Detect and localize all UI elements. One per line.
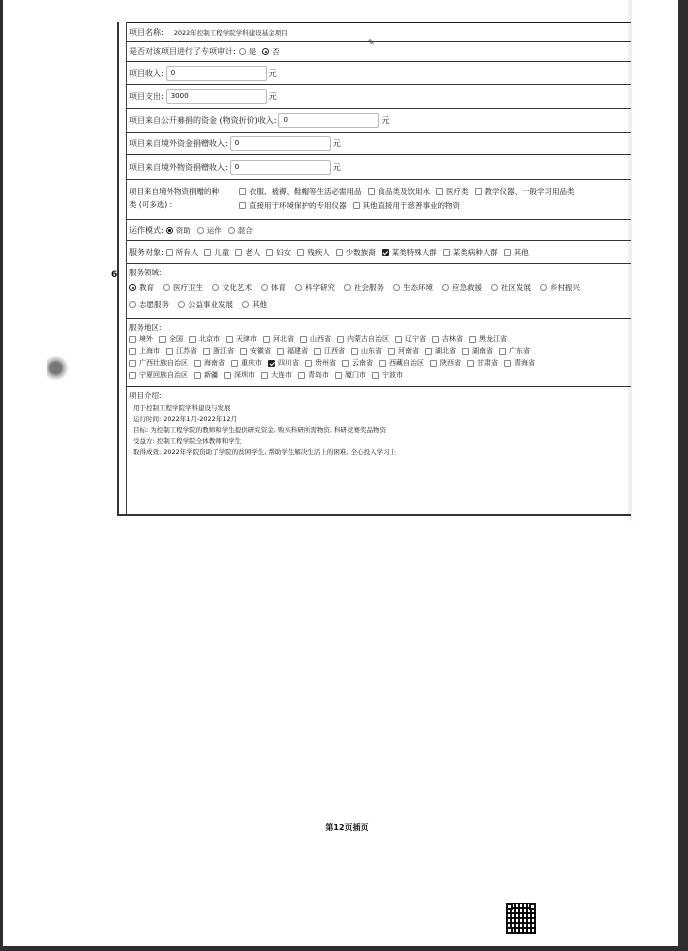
checkbox[interactable] (266, 249, 273, 256)
public-fund-label: 项目来自公开募捐的资金 (物资折价)收入: (129, 115, 276, 126)
checkbox[interactable] (268, 360, 275, 367)
page-number: 第12页插页 (3, 822, 688, 833)
checkbox[interactable] (462, 348, 469, 355)
target-option-label: 其他 (514, 247, 529, 258)
audit-option[interactable]: 是 (239, 46, 257, 57)
region-option-label: 厦门市 (345, 370, 366, 380)
goods-type-label-line2: 类 (可多选) : (129, 198, 239, 211)
public-fund-input[interactable]: 0 (278, 113, 379, 128)
checkbox[interactable] (263, 336, 270, 343)
audit-option[interactable]: 否 (262, 46, 280, 57)
radio-button[interactable] (239, 48, 246, 55)
income-unit: 元 (269, 68, 277, 79)
checkbox[interactable] (475, 188, 482, 195)
field-option[interactable]: 文化艺术 (212, 282, 252, 293)
checkbox[interactable] (203, 348, 210, 355)
checkbox[interactable] (314, 348, 321, 355)
region-option-label: 内蒙古自治区 (347, 334, 389, 344)
region-option-label: 全国 (169, 334, 183, 344)
radio-button[interactable] (242, 301, 249, 308)
region-option[interactable]: 宁波市 (372, 369, 403, 381)
checkbox[interactable] (504, 360, 511, 367)
row-number-column (118, 22, 127, 514)
scanned-page: ✎ 6 项目名称: 2022年控制工程学院学科建设基金项目 是否对该项目进行了专… (3, 0, 678, 946)
row-number: 6 (111, 270, 117, 280)
checkbox[interactable] (351, 348, 358, 355)
checkbox[interactable] (368, 188, 375, 195)
region-option-label: 辽宁省 (405, 334, 426, 344)
checkbox[interactable] (425, 348, 432, 355)
overseas-goods-label: 项目来自境外物资捐赠收入: (129, 162, 228, 173)
region-option-label: 河南省 (398, 346, 419, 356)
overseas-goods-row: 项目来自境外物资捐赠收入: 0 元 (127, 154, 631, 179)
checkbox[interactable] (388, 348, 395, 355)
checkbox[interactable] (194, 372, 201, 379)
target-option[interactable]: 老人 (235, 247, 260, 258)
mode-option-label: 资助 (176, 225, 191, 236)
income-label: 项目收入: (129, 68, 164, 79)
region-option[interactable]: 境外 (129, 333, 153, 345)
intro-line: 用于控制工程学院学科建设与发展 (129, 403, 396, 414)
region-option[interactable]: 江苏省 (166, 345, 197, 357)
checkbox[interactable] (499, 348, 506, 355)
checkbox[interactable] (336, 249, 343, 256)
target-label: 服务对象: (129, 247, 164, 258)
region-option[interactable]: 吉林省 (432, 333, 463, 345)
mode-option[interactable]: 运作 (197, 225, 222, 236)
region-option[interactable]: 湖北省 (425, 345, 456, 357)
region-option[interactable]: 辽宁省 (395, 333, 426, 345)
intro-row: 项目介绍: 用于控制工程学院学科建设与发展运行时间: 2022年1月-2022年… (127, 386, 631, 514)
region-option[interactable]: 河南省 (388, 345, 419, 357)
region-option[interactable]: 全国 (159, 333, 183, 345)
field-option-label: 志愿服务 (139, 299, 169, 310)
field-option[interactable]: 社会服务 (344, 282, 384, 293)
goods-type-row: 项目来自境外物资捐赠的种 类 (可多选) : 衣服、被褥、鞋帽等生活必需用品食品… (127, 179, 631, 219)
checkbox[interactable] (298, 372, 305, 379)
region-option[interactable]: 浙江省 (203, 345, 234, 357)
region-option[interactable]: 青海省 (504, 357, 535, 369)
checkbox[interactable] (235, 249, 242, 256)
radio-button[interactable] (295, 284, 302, 291)
radio-button[interactable] (163, 284, 170, 291)
checkbox[interactable] (129, 348, 136, 355)
radio-button[interactable] (178, 301, 185, 308)
region-option-label: 深圳市 (234, 370, 255, 380)
checkbox[interactable] (337, 336, 344, 343)
checkbox[interactable] (469, 336, 476, 343)
region-option-label: 宁波市 (382, 370, 403, 380)
income-input[interactable]: 0 (166, 66, 267, 81)
checkbox[interactable] (395, 336, 402, 343)
region-option-label: 陕西省 (440, 358, 461, 368)
goods-type-option[interactable]: 衣服、被褥、鞋帽等生活必需用品 (239, 185, 362, 198)
region-option[interactable]: 西藏自治区 (379, 357, 424, 369)
radio-button[interactable] (212, 284, 219, 291)
field-option[interactable]: 应急救援 (442, 282, 482, 293)
region-option[interactable]: 上海市 (129, 345, 160, 357)
target-option-label: 老人 (245, 247, 260, 258)
checkbox[interactable] (261, 372, 268, 379)
target-option-label: 儿童 (214, 247, 229, 258)
checkbox[interactable] (194, 360, 201, 367)
region-option-label: 吉林省 (442, 334, 463, 344)
field-option[interactable]: 生态环境 (393, 282, 433, 293)
radio-button[interactable] (540, 284, 547, 291)
goods-type-option-label: 其他直接用于慈善事业的物资 (363, 199, 461, 212)
overseas-fund-label: 项目来自境外资金捐赠收入: (129, 138, 228, 149)
target-row: 服务对象: 所有人儿童老人妇女残疾人少数族裔某类特殊人群某类病种人群其他 (127, 240, 631, 263)
mode-label: 运作模式: (129, 225, 164, 236)
region-option[interactable]: 内蒙古自治区 (337, 333, 389, 345)
target-option[interactable]: 其他 (504, 247, 529, 258)
region-row: 服务地区: 境外全国北京市天津市河北省山西省内蒙古自治区辽宁省吉林省黑龙江省上海… (127, 318, 631, 386)
field-option[interactable]: 科学研究 (295, 282, 335, 293)
checkbox[interactable] (231, 360, 238, 367)
region-option-label: 四川省 (278, 358, 299, 368)
target-option-label: 所有人 (176, 247, 199, 258)
audit-option-label: 否 (272, 46, 280, 57)
goods-type-option-label: 直接用于环境保护的专用仪器 (249, 199, 347, 212)
radio-button[interactable] (129, 301, 136, 308)
region-option[interactable]: 广东省 (499, 345, 530, 357)
goods-type-label: 项目来自境外物资捐赠的种 类 (可多选) : (129, 185, 239, 211)
target-option[interactable]: 少数族裔 (336, 247, 376, 258)
intro-label: 项目介绍: (129, 390, 162, 403)
target-option[interactable]: 某类特殊人群 (382, 247, 437, 258)
field-option-label: 社区发展 (501, 282, 531, 293)
radio-button[interactable] (228, 227, 235, 234)
radio-button[interactable] (262, 48, 269, 55)
region-option-label: 天津市 (236, 334, 257, 344)
checkbox[interactable] (129, 372, 136, 379)
checkbox[interactable] (467, 360, 474, 367)
region-option-label: 山东省 (361, 346, 382, 356)
target-option[interactable]: 所有人 (166, 247, 199, 258)
expense-label: 项目支出: (129, 91, 164, 102)
field-option[interactable]: 志愿服务 (129, 299, 169, 310)
region-option-label: 海南省 (204, 358, 225, 368)
field-option[interactable]: 公益事业发展 (178, 299, 233, 310)
field-option-label: 乡村振兴 (550, 282, 580, 293)
mode-option-label: 混合 (238, 225, 253, 236)
region-option[interactable]: 陕西省 (430, 357, 461, 369)
region-option[interactable]: 北京市 (189, 333, 220, 345)
checkbox[interactable] (342, 360, 349, 367)
field-option[interactable]: 社区发展 (491, 282, 531, 293)
region-option-label: 新疆 (204, 370, 218, 380)
checkbox[interactable] (240, 348, 247, 355)
checkbox[interactable] (436, 188, 443, 195)
audit-option-label: 是 (249, 46, 257, 57)
project-name-label: 项目名称: (129, 27, 164, 38)
expense-row: 项目支出: 3000 元 (127, 84, 631, 108)
checkbox[interactable] (277, 348, 284, 355)
radio-button[interactable] (129, 284, 136, 291)
checkbox[interactable] (300, 336, 307, 343)
region-option-label: 大连市 (271, 370, 292, 380)
field-option-label: 生态环境 (403, 282, 433, 293)
audit-row: 是否对该项目进行了专项审计: 是否 (127, 41, 631, 61)
intro-line: 目标: 为控制工程学院的教师和学生提供研究资金, 购买科研所需物资, 科研竞赛奖… (129, 425, 396, 436)
checkbox[interactable] (353, 202, 360, 209)
region-option[interactable]: 深圳市 (224, 369, 255, 381)
region-option[interactable]: 广西壮族自治区 (129, 357, 188, 369)
checkbox[interactable] (305, 360, 312, 367)
region-option-label: 甘肃省 (477, 358, 498, 368)
checkbox[interactable] (335, 372, 342, 379)
field-row: 服务领域: 教育医疗卫生文化艺术体育科学研究社会服务生态环境应急救援社区发展乡村… (127, 263, 631, 318)
radio-button[interactable] (491, 284, 498, 291)
checkbox[interactable] (432, 336, 439, 343)
region-option-label: 贵州省 (315, 358, 336, 368)
project-form: 6 项目名称: 2022年控制工程学院学科建设基金项目 是否对该项目进行了专项审… (117, 22, 631, 516)
region-option-label: 山西省 (310, 334, 331, 344)
region-option-label: 广东省 (509, 346, 530, 356)
goods-type-option[interactable]: 教学仪器、一般学习用品类 (475, 185, 575, 198)
target-option[interactable]: 妇女 (266, 247, 291, 258)
binder-clip-icon (47, 355, 69, 381)
region-label: 服务地区: (129, 322, 162, 333)
region-option[interactable]: 甘肃省 (467, 357, 498, 369)
checkbox[interactable] (129, 360, 136, 367)
field-label: 服务领域: (129, 267, 162, 280)
region-option-label: 云南省 (352, 358, 373, 368)
region-option[interactable]: 湖南省 (462, 345, 493, 357)
checkbox[interactable] (204, 249, 211, 256)
region-option[interactable]: 青岛市 (298, 369, 329, 381)
expense-input[interactable]: 3000 (166, 89, 267, 104)
region-option-label: 福建省 (287, 346, 308, 356)
mode-option[interactable]: 混合 (228, 225, 253, 236)
region-option-label: 广西壮族自治区 (139, 358, 188, 368)
region-option-label: 境外 (139, 334, 153, 344)
region-option[interactable]: 黑龙江省 (469, 333, 507, 345)
target-option[interactable]: 残疾人 (297, 247, 330, 258)
goods-type-option[interactable]: 直接用于环境保护的专用仪器 (239, 199, 347, 212)
checkbox[interactable] (159, 336, 166, 343)
region-option-label: 重庆市 (241, 358, 262, 368)
field-option[interactable]: 教育 (129, 282, 154, 293)
mode-row: 运作模式: 资助运作混合 (127, 219, 631, 240)
qr-code-icon (506, 903, 536, 934)
goods-type-option[interactable]: 食品类及饮用水 (368, 185, 431, 198)
checkbox[interactable] (372, 372, 379, 379)
target-option-label: 某类特殊人群 (392, 247, 437, 258)
field-option-label: 公益事业发展 (188, 299, 233, 310)
field-option[interactable]: 其他 (242, 299, 267, 310)
field-option-label: 科学研究 (305, 282, 335, 293)
goods-type-option-label: 教学仪器、一般学习用品类 (485, 185, 575, 198)
field-option-label: 应急救援 (452, 282, 482, 293)
target-option[interactable]: 某类病种人群 (443, 247, 498, 258)
region-option[interactable]: 宁夏回族自治区 (129, 369, 188, 381)
checkbox[interactable] (379, 360, 386, 367)
checkbox[interactable] (166, 249, 173, 256)
overseas-fund-row: 项目来自境外资金捐赠收入: 0 元 (127, 132, 631, 154)
project-name-value: 2022年控制工程学院学科建设基金项目 (174, 28, 288, 37)
overseas-goods-input[interactable]: 0 (230, 160, 331, 175)
region-option-label: 江苏省 (176, 346, 197, 356)
public-fund-unit: 元 (381, 115, 389, 126)
public-fund-row: 项目来自公开募捐的资金 (物资折价)收入: 0 元 (127, 108, 631, 132)
intro-line: 运行时间: 2022年1月-2022年12月 (129, 414, 396, 425)
region-option[interactable]: 山东省 (351, 345, 382, 357)
field-option-label: 社会服务 (354, 282, 384, 293)
region-option-label: 青岛市 (308, 370, 329, 380)
field-option[interactable]: 医疗卫生 (163, 282, 203, 293)
radio-button[interactable] (442, 284, 449, 291)
region-option-label: 青海省 (514, 358, 535, 368)
checkbox[interactable] (382, 249, 389, 256)
checkbox[interactable] (297, 249, 304, 256)
region-option[interactable]: 大连市 (261, 369, 292, 381)
region-option-label: 北京市 (199, 334, 220, 344)
goods-type-option[interactable]: 其他直接用于慈善事业的物资 (353, 199, 461, 212)
region-option[interactable]: 四川省 (268, 357, 299, 369)
goods-type-option[interactable]: 医疗类 (436, 185, 469, 198)
checkbox[interactable] (443, 249, 450, 256)
target-option-label: 妇女 (276, 247, 291, 258)
checkbox[interactable] (504, 249, 511, 256)
overseas-fund-unit: 元 (333, 138, 341, 149)
region-option[interactable]: 山西省 (300, 333, 331, 345)
region-option[interactable]: 厦门市 (335, 369, 366, 381)
overseas-fund-input[interactable]: 0 (230, 136, 331, 151)
target-option-label: 残疾人 (307, 247, 330, 258)
intro-line: 受益方: 控制工程学院全体教师和学生 (129, 436, 396, 447)
checkbox[interactable] (189, 336, 196, 343)
field-option-label: 教育 (139, 282, 154, 293)
region-option-label: 安徽省 (250, 346, 271, 356)
target-option-label: 某类病种人群 (453, 247, 498, 258)
radio-button[interactable] (166, 227, 173, 234)
checkbox[interactable] (226, 336, 233, 343)
goods-type-option-label: 衣服、被褥、鞋帽等生活必需用品 (249, 185, 362, 198)
radio-button[interactable] (197, 227, 204, 234)
checkbox[interactable] (166, 348, 173, 355)
target-option-label: 少数族裔 (346, 247, 376, 258)
audit-label: 是否对该项目进行了专项审计: (129, 46, 236, 57)
region-option-label: 浙江省 (213, 346, 234, 356)
radio-button[interactable] (261, 284, 268, 291)
region-option-label: 江西省 (324, 346, 345, 356)
region-option[interactable]: 天津市 (226, 333, 257, 345)
project-name-row: 项目名称: 2022年控制工程学院学科建设基金项目 (127, 22, 631, 41)
overseas-goods-unit: 元 (333, 162, 341, 173)
checkbox[interactable] (239, 188, 246, 195)
region-option-label: 黑龙江省 (479, 334, 507, 344)
region-option[interactable]: 新疆 (194, 369, 218, 381)
region-option[interactable]: 重庆市 (231, 357, 262, 369)
radio-button[interactable] (393, 284, 400, 291)
checkbox[interactable] (224, 372, 231, 379)
radio-button[interactable] (344, 284, 351, 291)
field-option-label: 其他 (252, 299, 267, 310)
region-option[interactable]: 云南省 (342, 357, 373, 369)
field-option[interactable]: 体育 (261, 282, 286, 293)
region-option[interactable]: 海南省 (194, 357, 225, 369)
goods-type-option-label: 医疗类 (446, 185, 469, 198)
field-option-label: 体育 (271, 282, 286, 293)
region-option-label: 宁夏回族自治区 (139, 370, 188, 380)
region-option-label: 河北省 (273, 334, 294, 344)
mode-option-label: 运作 (207, 225, 222, 236)
region-option[interactable]: 福建省 (277, 345, 308, 357)
region-option-label: 上海市 (139, 346, 160, 356)
target-option[interactable]: 儿童 (204, 247, 229, 258)
goods-type-label-line1: 项目来自境外物资捐赠的种 (129, 185, 239, 198)
expense-unit: 元 (269, 91, 277, 102)
mode-option[interactable]: 资助 (166, 225, 191, 236)
field-option-label: 医疗卫生 (173, 282, 203, 293)
region-option-label: 湖南省 (472, 346, 493, 356)
checkbox[interactable] (129, 336, 136, 343)
region-option[interactable]: 河北省 (263, 333, 294, 345)
checkbox[interactable] (430, 360, 437, 367)
intro-line: 取得成效: 2022年学院资助了学院的贫困学生, 帮助学生解决生活上的困难, 全… (129, 447, 396, 458)
field-option[interactable]: 乡村振兴 (540, 282, 580, 293)
field-option-label: 文化艺术 (222, 282, 252, 293)
region-option-label: 西藏自治区 (389, 358, 424, 368)
region-option[interactable]: 江西省 (314, 345, 345, 357)
region-option[interactable]: 贵州省 (305, 357, 336, 369)
income-row: 项目收入: 0 元 (127, 61, 631, 84)
region-option[interactable]: 安徽省 (240, 345, 271, 357)
checkbox[interactable] (239, 202, 246, 209)
region-option-label: 湖北省 (435, 346, 456, 356)
goods-type-option-label: 食品类及饮用水 (378, 185, 431, 198)
